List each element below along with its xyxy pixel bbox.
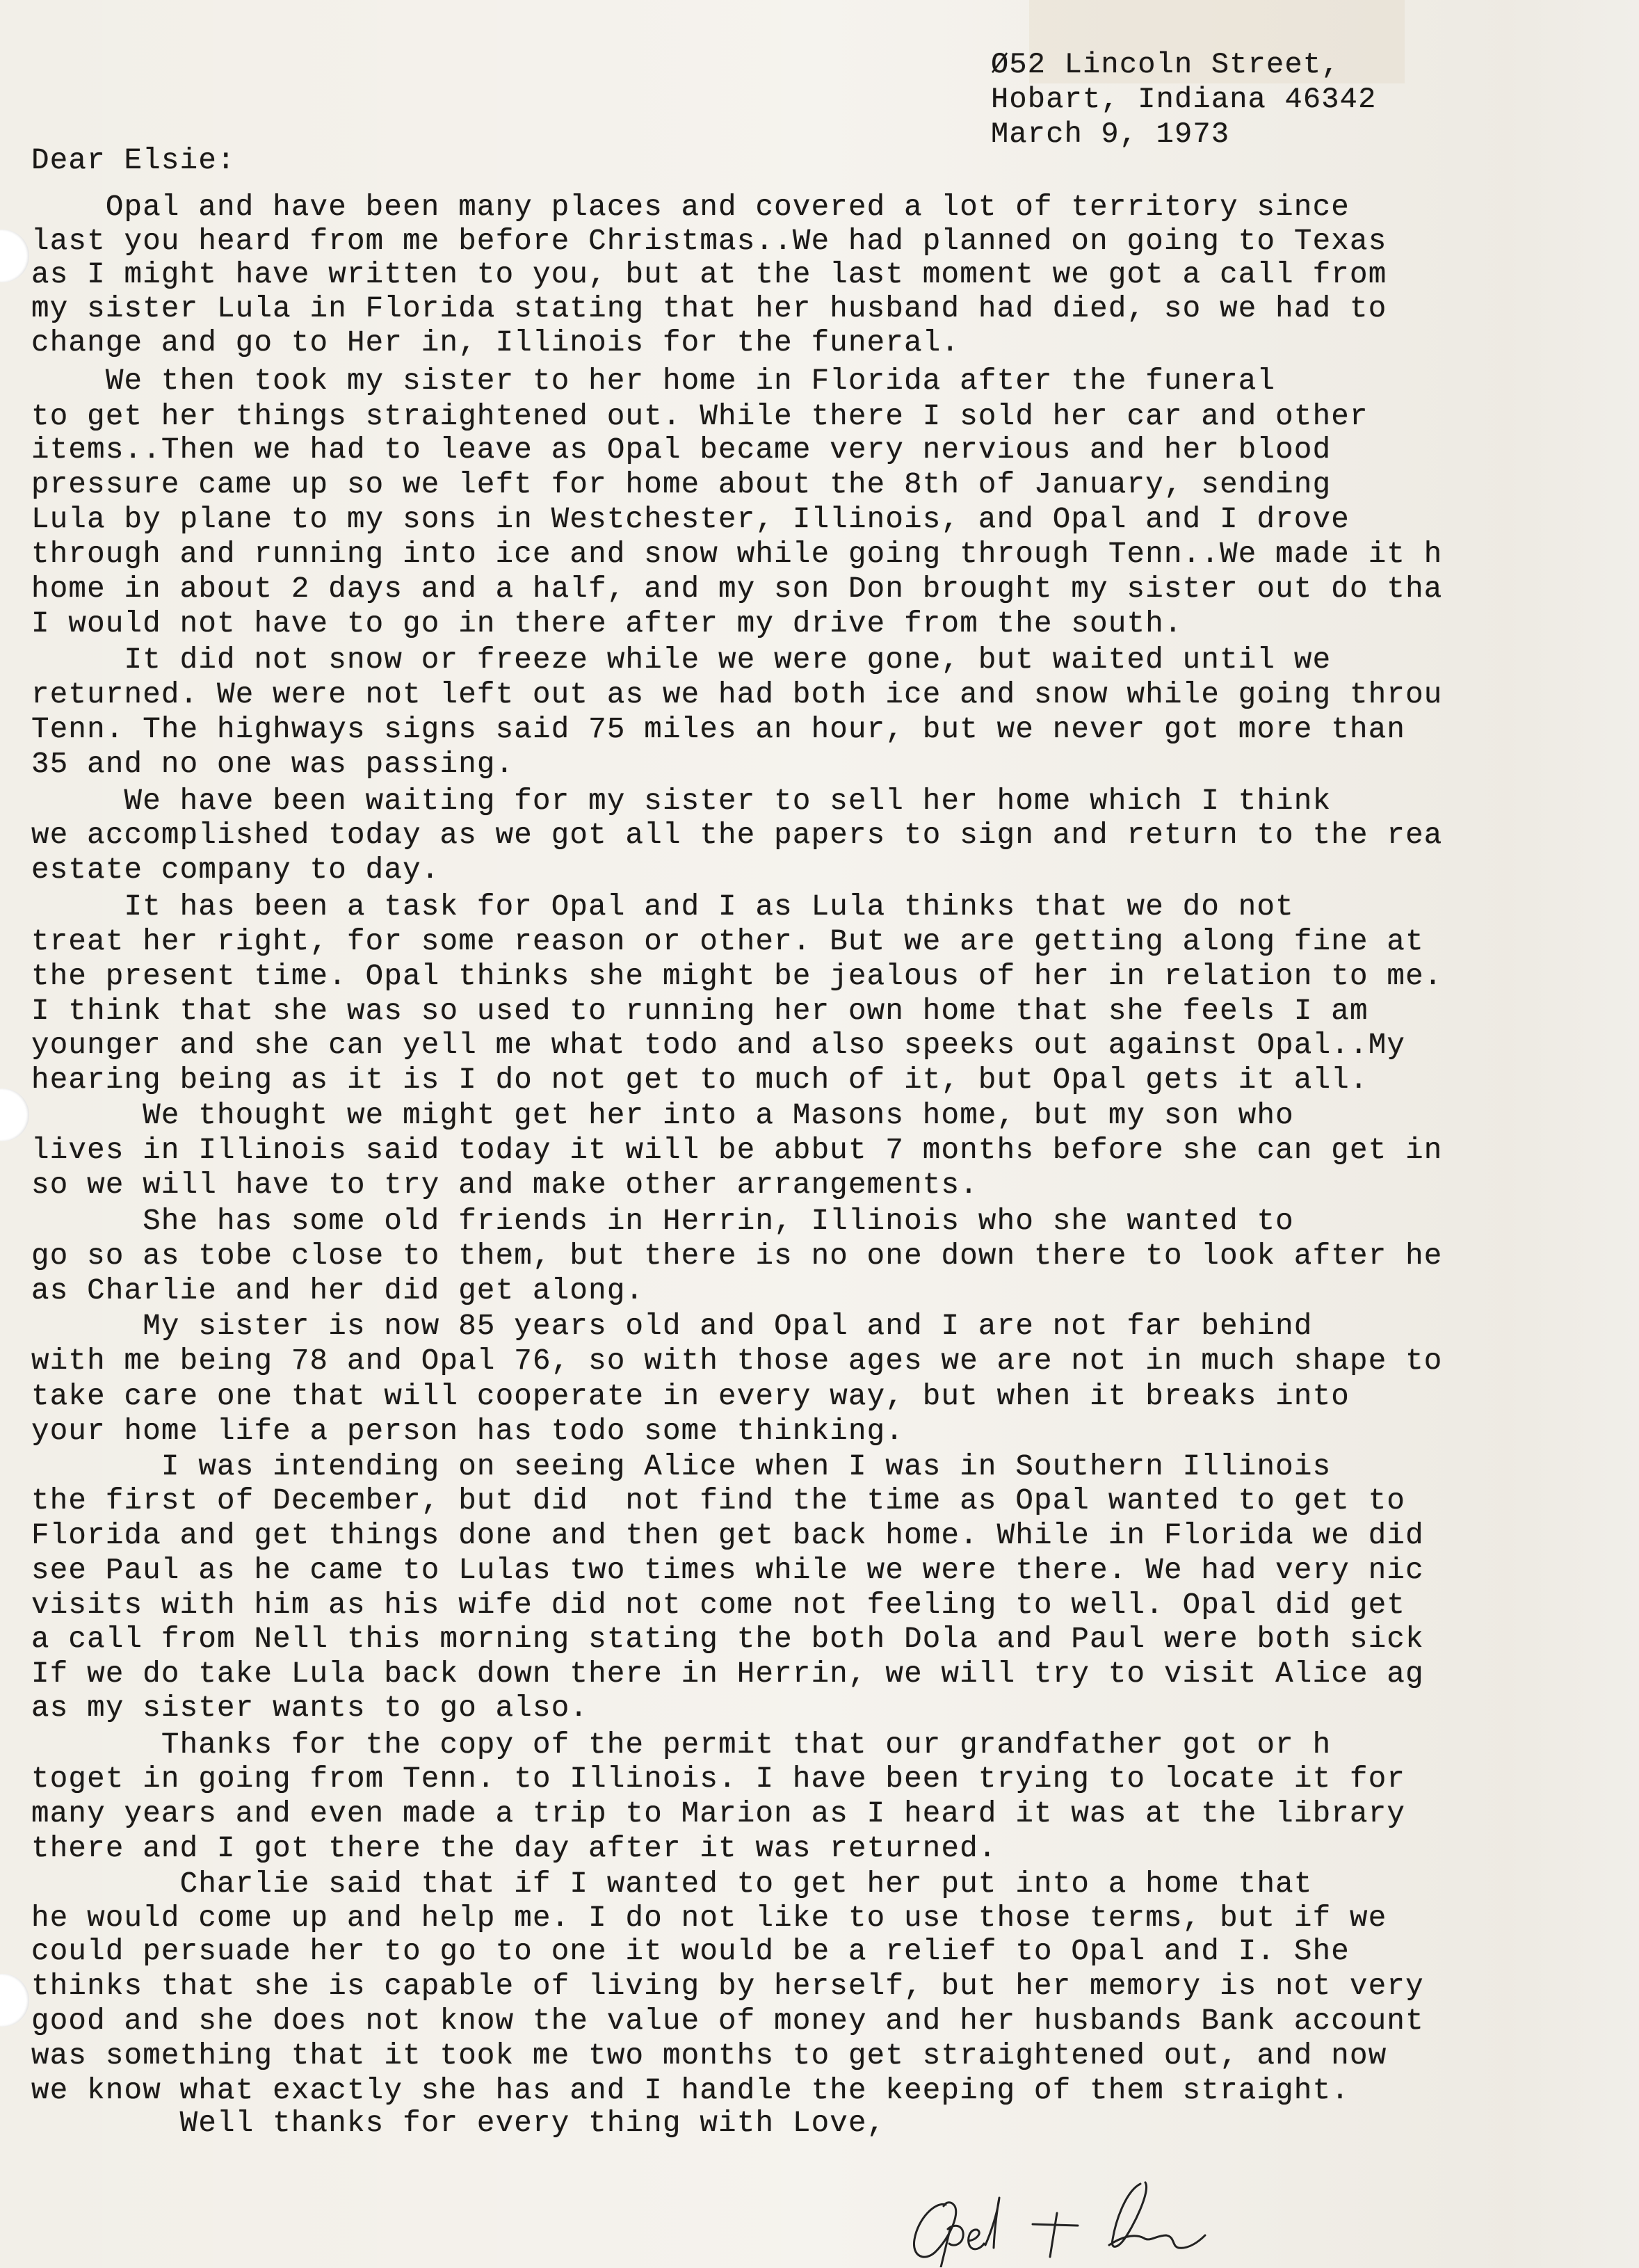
body-line: home in about 2 days and a half, and my … — [31, 574, 1443, 604]
body-line: Well thanks for every thing with Love, — [31, 2109, 885, 2139]
body-line: as I might have written to you, but at t… — [31, 260, 1387, 290]
body-line: my sister Lula in Florida stating that h… — [31, 294, 1387, 324]
body-line: could persuade her to go to one it would… — [31, 1937, 1350, 1967]
body-line: hearing being as it is I do not get to m… — [31, 1065, 1368, 1095]
salutation: Dear Elsie: — [31, 146, 236, 176]
body-line: We then took my sister to her home in Fl… — [31, 367, 1275, 396]
body-line: we know what exactly she has and I handl… — [31, 2076, 1350, 2106]
body-line: your home life a person has todo some th… — [31, 1417, 904, 1447]
body-line: take care one that will cooperate in eve… — [31, 1382, 1350, 1412]
body-line: toget in going from Tenn. to Illinois. I… — [31, 1764, 1405, 1794]
letter-date: March 9, 1973 — [991, 120, 1229, 149]
body-line: My sister is now 85 years old and Opal a… — [31, 1312, 1313, 1342]
body-line: as my sister wants to go also. — [31, 1694, 588, 1723]
body-line: lives in Illinois said today it will be … — [31, 1136, 1443, 1166]
body-line: with me being 78 and Opal 76, so with th… — [31, 1346, 1443, 1376]
body-line: If we do take Lula back down there in He… — [31, 1659, 1424, 1689]
body-line: to get her things straightened out. Whil… — [31, 402, 1368, 432]
body-line: through and running into ice and snow wh… — [31, 540, 1443, 570]
body-line: a call from Nell this morning stating th… — [31, 1625, 1424, 1655]
body-line: treat her right, for some reason or othe… — [31, 927, 1424, 957]
body-line: the first of December, but did not find … — [31, 1486, 1405, 1516]
body-line: as Charlie and her did get along. — [31, 1276, 644, 1306]
handwritten-signature: Opal + Ina — [894, 2163, 1213, 2267]
body-line: Florida and get things done and then get… — [31, 1521, 1424, 1551]
body-line: pressure came up so we left for home abo… — [31, 470, 1331, 500]
body-line: so we will have to try and make other ar… — [31, 1171, 978, 1200]
body-line: returned. We were not left out as we had… — [31, 680, 1443, 710]
body-line: see Paul as he came to Lulas two times w… — [31, 1556, 1424, 1586]
body-line: last you heard from me before Christmas.… — [31, 227, 1387, 257]
body-line: We have been waiting for my sister to se… — [31, 787, 1331, 817]
body-line: the present time. Opal thinks she might … — [31, 962, 1443, 992]
body-line: It has been a task for Opal and I as Lul… — [31, 892, 1294, 922]
body-line: Charlie said that if I wanted to get her… — [31, 1869, 1313, 1899]
body-line: estate company to day. — [31, 855, 440, 885]
body-line: It did not snow or freeze while we were … — [31, 645, 1331, 675]
body-line: Thanks for the copy of the permit that o… — [31, 1730, 1331, 1760]
address-line-1: Ø52 Lincoln Street, — [991, 50, 1340, 79]
body-line: was something that it took me two months… — [31, 2041, 1387, 2071]
body-line: good and she does not know the value of … — [31, 2006, 1424, 2036]
body-line: change and go to Her in, Illinois for th… — [31, 328, 960, 358]
body-line: he would come up and help me. I do not l… — [31, 1904, 1387, 1933]
body-line: We thought we might get her into a Mason… — [31, 1101, 1294, 1131]
body-line: 35 and no one was passing. — [31, 750, 514, 780]
body-line: go so as tobe close to them, but there i… — [31, 1241, 1443, 1271]
body-line: we accomplished today as we got all the … — [31, 821, 1443, 851]
body-line: She has some old friends in Herrin, Illi… — [31, 1207, 1294, 1237]
body-line: I think that she was so used to running … — [31, 997, 1368, 1027]
body-line: Lula by plane to my sons in Westchester,… — [31, 505, 1350, 535]
body-line: younger and she can yell me what todo an… — [31, 1031, 1405, 1061]
body-line: Opal and have been many places and cover… — [31, 193, 1350, 223]
body-line: I would not have to go in there after my… — [31, 609, 1183, 639]
body-line: there and I got there the day after it w… — [31, 1834, 997, 1864]
body-line: Tenn. The highways signs said 75 miles a… — [31, 715, 1405, 745]
body-line: I was intending on seeing Alice when I w… — [31, 1452, 1331, 1482]
body-line: many years and even made a trip to Mario… — [31, 1799, 1405, 1829]
address-line-2: Hobart, Indiana 46342 — [991, 85, 1377, 114]
body-line: visits with him as his wife did not come… — [31, 1591, 1405, 1620]
body-line: thinks that she is capable of living by … — [31, 1972, 1424, 2002]
body-line: items..Then we had to leave as Opal beca… — [31, 435, 1331, 465]
